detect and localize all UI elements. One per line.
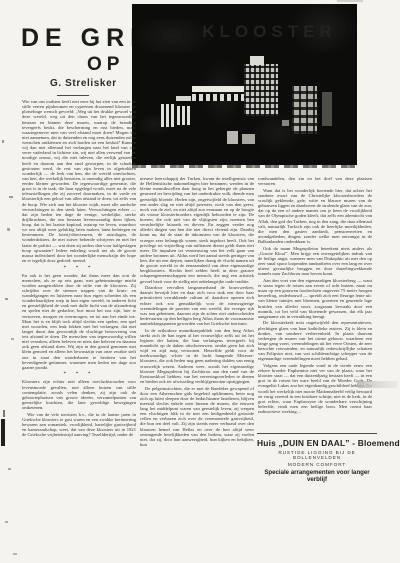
section-dinkus: * * * xyxy=(22,372,136,377)
scan-edge-mark xyxy=(1,419,5,446)
photo-bottom-edge xyxy=(132,165,357,168)
byline: G. Strelisker xyxy=(50,78,117,89)
paragraph: Kloosters zijn echter niet alleen toevlu… xyxy=(22,379,136,410)
paragraph: nieuwe heerschappij der Turken, kwam de … xyxy=(140,176,254,284)
scan-speck xyxy=(7,228,10,231)
ad-subtitle: Speciale arrangementen voor langer verbl… xyxy=(257,469,377,483)
photo-central-tower xyxy=(244,64,278,116)
text-column-left: Wie van ons oudsten heeft niet eens bij … xyxy=(22,99,136,462)
paragraph: In de orthodoxe monniksrepubliek van den… xyxy=(140,328,254,384)
photo-right-building xyxy=(292,86,317,134)
photo-tower-cap xyxy=(250,56,264,65)
scan-dash-top-right xyxy=(337,0,363,2)
paragraph: Ook de naam Megaspileion beteekent niets… xyxy=(258,246,372,277)
photo-small-highlight xyxy=(282,120,289,126)
scan-speck xyxy=(2,140,4,143)
photo-white-patch xyxy=(176,96,191,101)
text-column-middle: nieuwe heerschappij der Turken, kwam de … xyxy=(140,176,254,466)
scan-smudge-right-margin xyxy=(357,381,398,388)
newspaper-page: DE GRIEK OP D G. Strelisker KLOOSTER Wie… xyxy=(0,0,400,563)
paragraph: Aan den voet van den eigenaardigen kloos… xyxy=(258,278,372,319)
photo-dim-slab xyxy=(322,92,332,126)
paragraph: De pelgrimstochten, die er met de Baedek… xyxy=(140,386,254,448)
scan-speck xyxy=(9,196,13,198)
scan-speck xyxy=(8,468,11,470)
paragraph: Want dat is het wonderlijk boeiende hier… xyxy=(258,188,372,244)
scan-speck xyxy=(5,521,8,523)
photo-lower-patch-1 xyxy=(227,131,238,144)
photo-lower-patch-2 xyxy=(242,134,255,144)
paragraph: rondwandelen, den zin en het doel van de… xyxy=(258,176,372,186)
monastery-photo: KLOOSTER xyxy=(132,4,357,165)
text-column-right: rondwandelen, den zin en het doel van de… xyxy=(258,176,372,433)
photo-left-arches-b xyxy=(177,106,192,125)
paragraph: Volgens een oude legende vond in de vier… xyxy=(258,363,372,414)
paragraph: En ook is het geen wonder, dat thans mee… xyxy=(22,273,136,370)
paragraph: De kloosterkerk mist ongetwijfeld den re… xyxy=(258,320,372,361)
paragraph: Wie van ons oudsten heeft niet eens bij … xyxy=(22,99,136,263)
ad-line-1: RUSTIGE LIGGING BIJ DE BOLLENVELDEN xyxy=(257,450,377,460)
advertisement-duin-en-daal: Huis „DUIN EN DAAL” - Bloemendaal RUSTIG… xyxy=(257,433,377,483)
scan-speck xyxy=(13,553,17,555)
paragraph: Daardoor vervallen langzamerhand de bouw… xyxy=(140,285,254,326)
ad-title: Huis „DUIN EN DAAL” - Bloemendaal xyxy=(257,438,377,448)
scan-edge-mark xyxy=(3,410,5,417)
section-dinkus: * * * xyxy=(22,266,136,271)
photo-left-arches-a xyxy=(161,104,174,127)
paragraph: Wie van de vele toeristen b.v., die in d… xyxy=(22,412,136,438)
photo-ghost-headline: KLOOSTER xyxy=(187,22,352,42)
scan-speck xyxy=(11,338,14,340)
ad-line-2: MODERN COMFORT xyxy=(257,462,377,467)
scan-speck xyxy=(5,298,8,300)
byline-rule xyxy=(57,95,89,96)
